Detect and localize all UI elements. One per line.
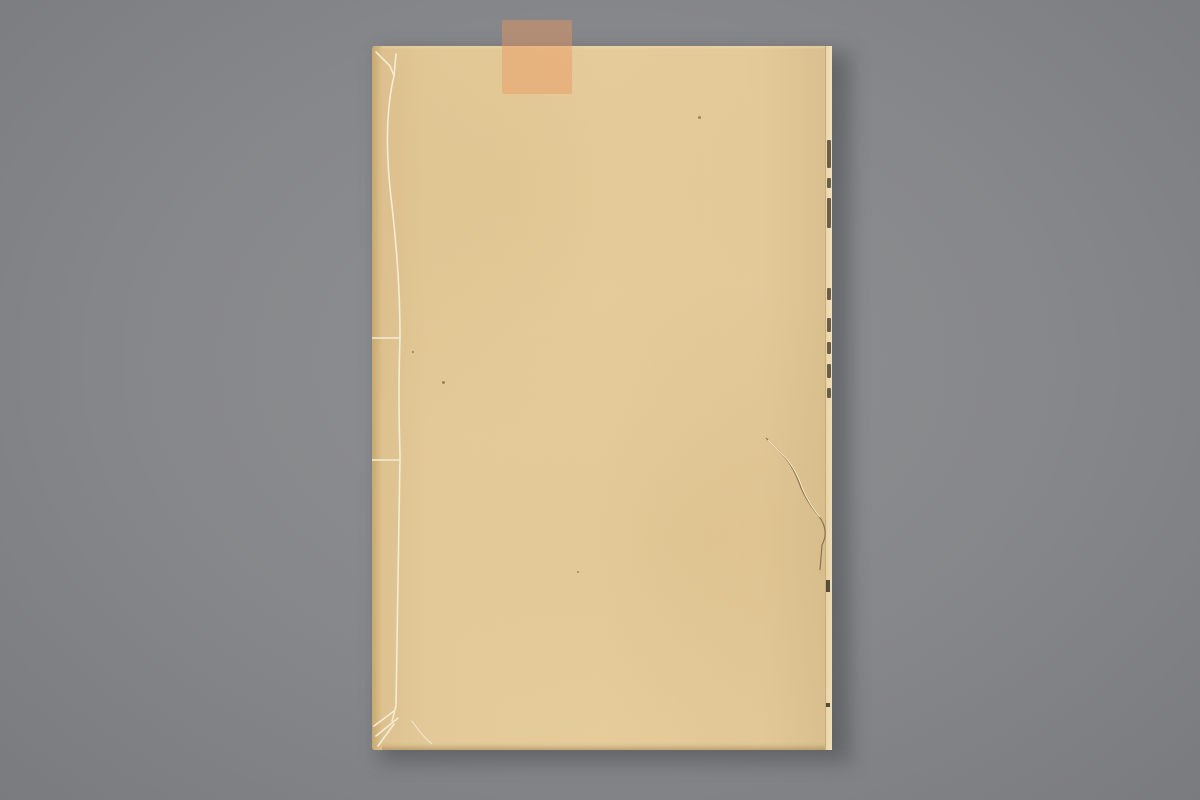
ink-mark	[826, 703, 830, 707]
ink-mark	[826, 580, 830, 592]
torn-paper-crack	[760, 430, 840, 580]
binding-thread	[372, 46, 832, 750]
spine-label-characters	[826, 140, 832, 398]
